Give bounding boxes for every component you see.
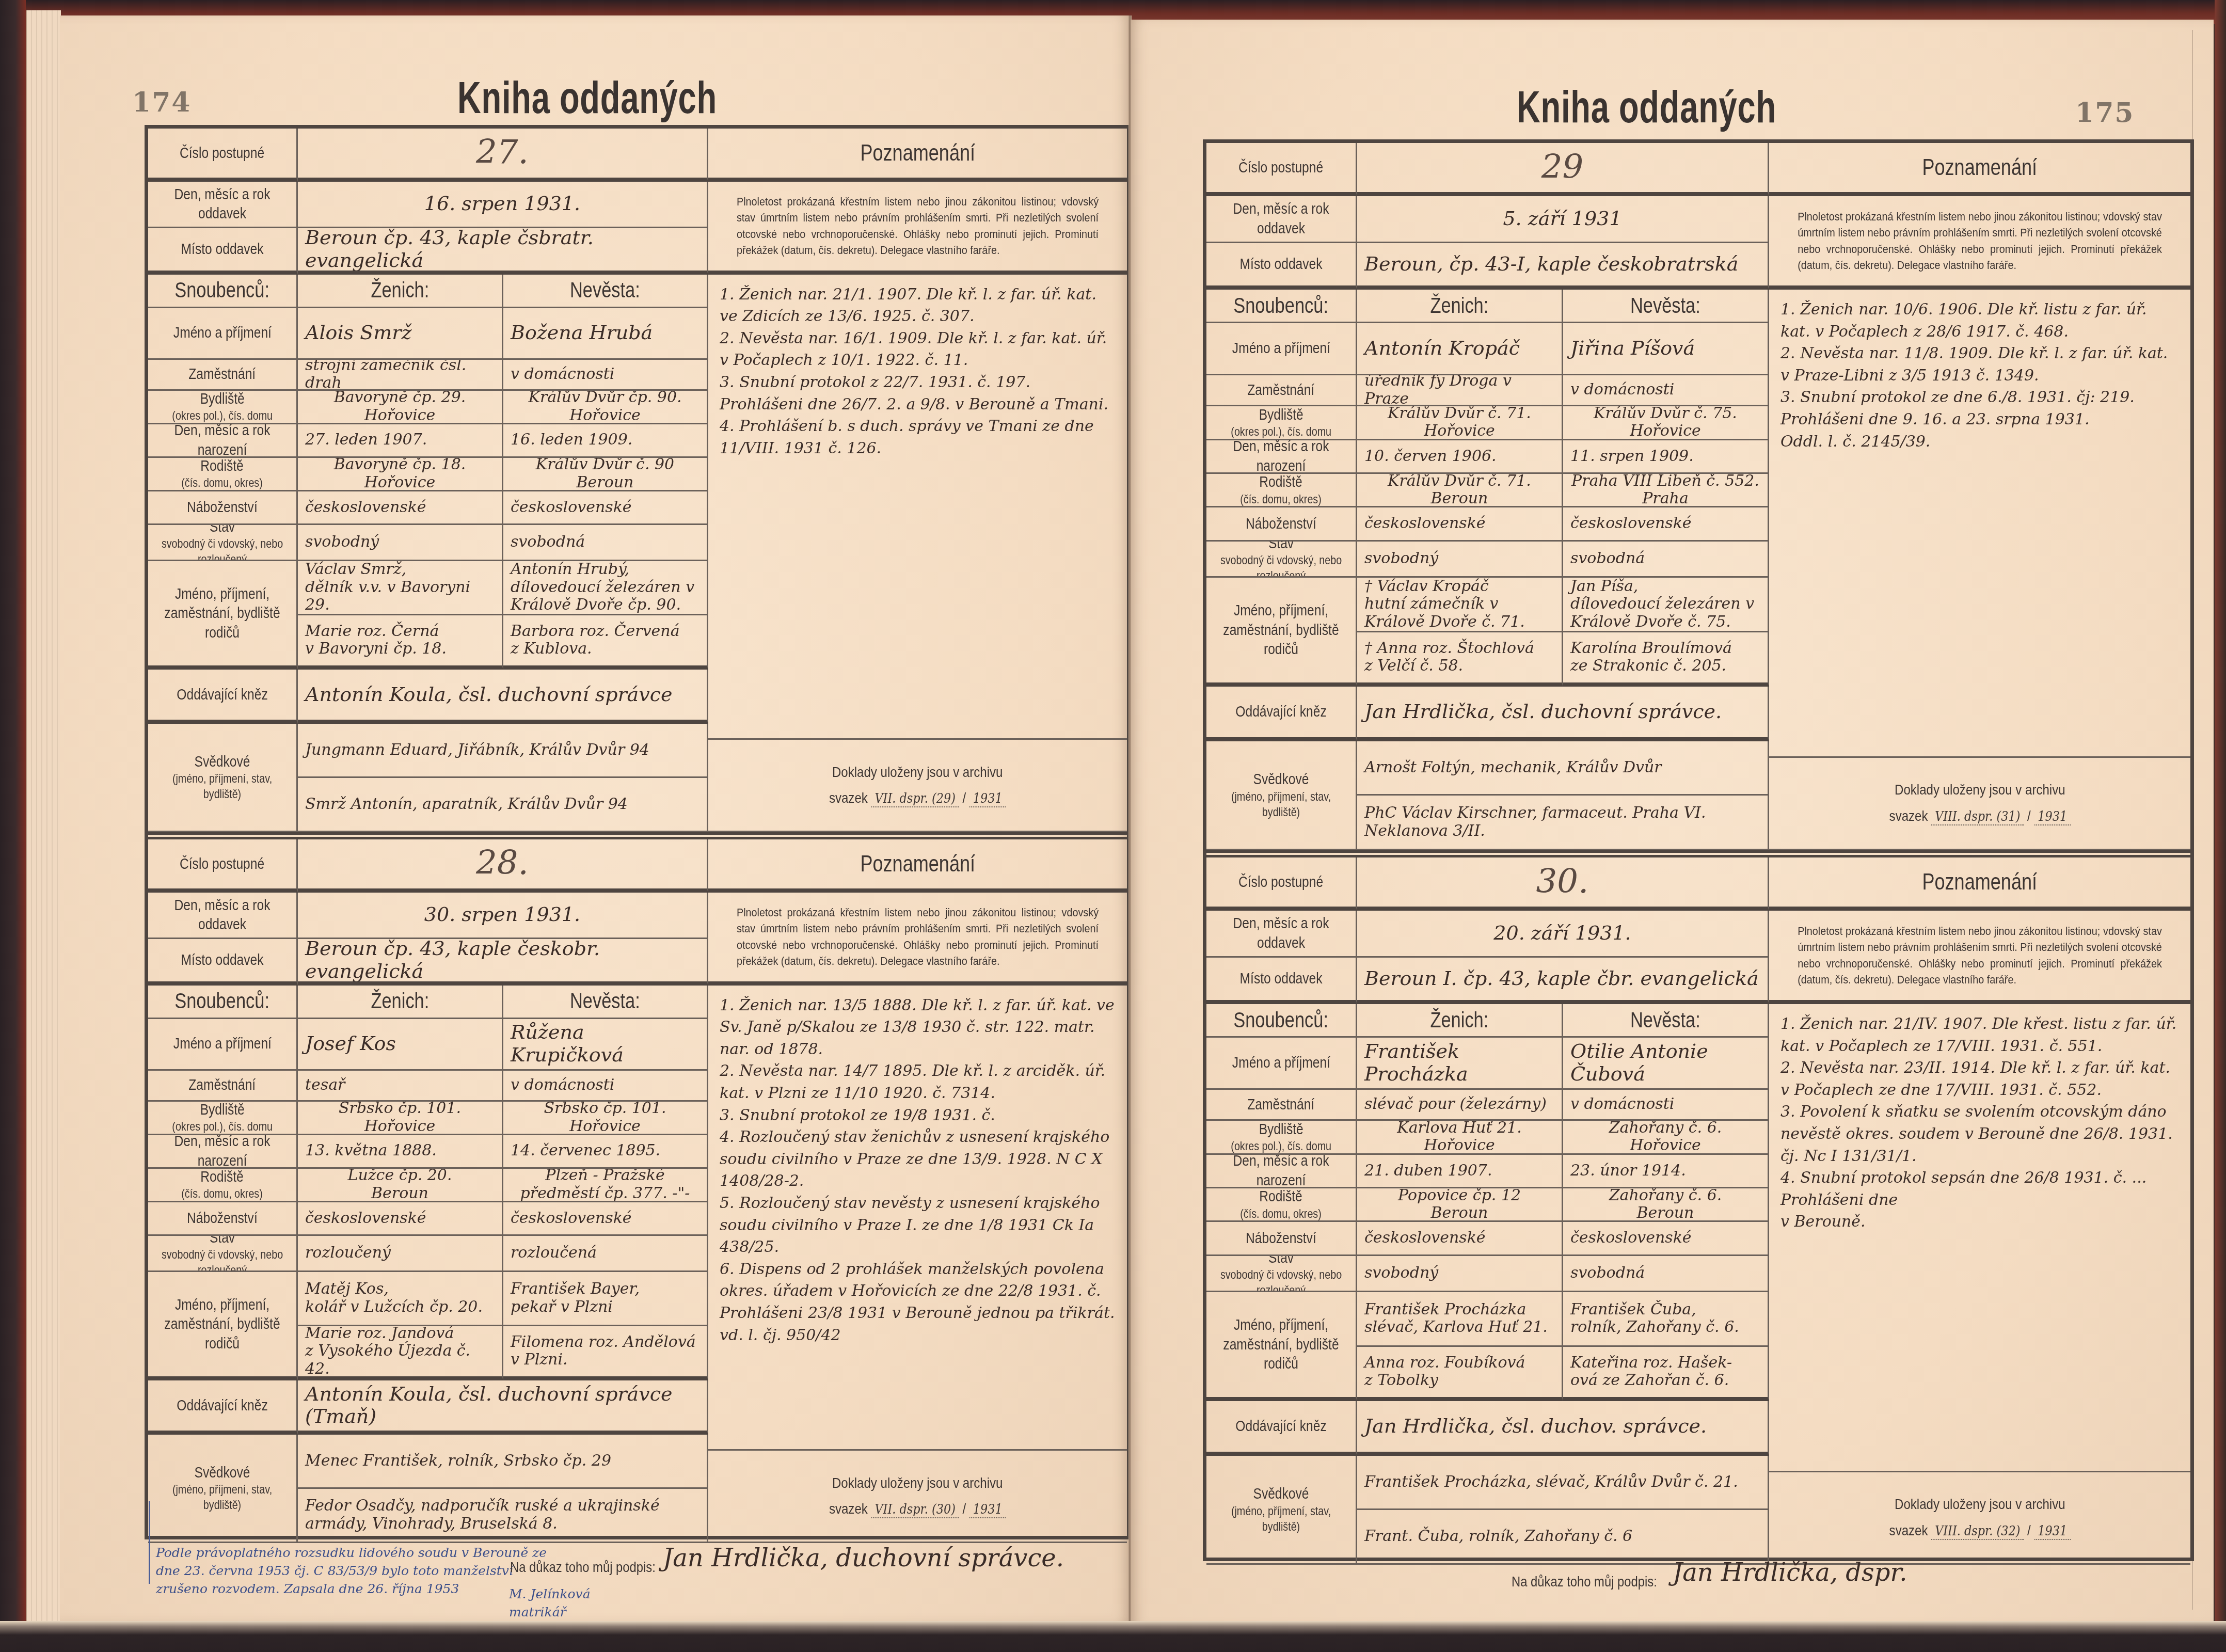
wedding-date: 20. září 1931.	[1357, 911, 1769, 957]
form-label: Bydliště	[1259, 406, 1303, 423]
label-witnesses: Svědkové(jméno, příjmení, stav, bydliště…	[1206, 1456, 1357, 1565]
groom-birthplace: Popovice čp. 12 Beroun	[1357, 1188, 1563, 1222]
form-label: Svědkové	[194, 753, 250, 770]
form-label: Den, měsíc a rok narození	[1220, 440, 1342, 474]
groom-heading: Ženich:	[298, 275, 503, 308]
remarks-instructions: Plnoletost prokázaná křestním listem neb…	[708, 893, 1127, 986]
bride-status: rozloučená	[503, 1236, 708, 1272]
label-religion: Náboženství	[148, 491, 298, 525]
groom-birth-date: 10. červen 1906.	[1357, 440, 1563, 474]
witness-1: Jungmann Eduard, Jiřábník, Králův Dvůr 9…	[298, 724, 708, 778]
remarks-instructions: Plnoletost prokázaná křestním listem neb…	[1769, 911, 2190, 1004]
label-birth-date: Den, měsíc a rok narození	[148, 424, 298, 458]
groom-religion-value: československé	[1357, 515, 1562, 533]
form-label: Poznamenání	[1922, 153, 2038, 182]
bride-father-value: Antonín Hrubý, dílovedoucí železáren v K…	[503, 561, 707, 614]
form-label: Doklady uloženy jsou v archivu	[832, 1475, 1003, 1491]
form-label: Poznamenání	[860, 139, 975, 167]
bride-occupation-value: v domácnosti	[503, 366, 707, 384]
label-witnesses: Svědkové(jméno, příjmení, stav, bydliště…	[1206, 741, 1357, 850]
archive_volume-value: VII. dspr. (30)	[871, 1502, 959, 1518]
form-label: svazek	[1889, 808, 1928, 824]
wedding-place: Beroun čp. 43, kaple čsbratr. evangelick…	[298, 228, 708, 275]
groom-occupation-value: úředník fy Droga v Praze	[1357, 375, 1562, 406]
form-label: Bydliště	[200, 391, 244, 407]
bride-religion-value: československé	[1563, 515, 1768, 533]
remarks-heading: Poznamenání	[1769, 857, 2190, 911]
serial-value: 29	[1357, 149, 1768, 187]
form-label: Číslo postupné	[180, 144, 264, 163]
form-label: Místo oddavek	[181, 950, 263, 970]
groom-religion: československé	[1357, 1222, 1563, 1256]
form-label: Nevěsta:	[1630, 292, 1700, 320]
form-label: Plnoletost prokázaná křestním listem neb…	[729, 904, 1106, 969]
bride-religion-value: československé	[503, 499, 707, 517]
form-label: Oddávající kněz	[1235, 1417, 1326, 1436]
bride-birth_date-value: 16. leden 1909.	[503, 431, 707, 449]
groom-birth-date: 13. května 1888.	[298, 1135, 503, 1169]
marriage-entry: Číslo postupné 30. Poznamenání Den, měsí…	[1206, 850, 2190, 1565]
remarks-body: 1. Ženich nar. 21/IV. 1907. Dle křest. l…	[1769, 1004, 2190, 1472]
groom-status-value: rozloučený	[298, 1244, 502, 1262]
label-parents: Jméno, příjmení, zaměstnání, bydliště ro…	[148, 561, 298, 670]
label-serial: Číslo postupné	[148, 839, 298, 893]
bride-birthplace: Praha VIII Libeň č. 552. Praha	[1563, 474, 1769, 507]
groom-birth-date: 21. duben 1907.	[1357, 1155, 1563, 1188]
bride-occupation: v domácnosti	[1563, 1090, 1769, 1121]
label-residence: Bydliště(okres pol.), čís. domu	[148, 1102, 298, 1135]
form-label: Náboženství	[1246, 514, 1316, 534]
bride-religion: československé	[1563, 1222, 1769, 1256]
groom-birthplace-value: Bavoryně čp. 18. Hořovice	[298, 458, 502, 491]
groom-religion: československé	[1357, 507, 1563, 541]
form-label: Jméno a příjmení	[1232, 339, 1330, 358]
serial-number: 28.	[298, 839, 708, 893]
bride-religion-value: československé	[503, 1210, 707, 1228]
groom-birthplace: Lužce čp. 20. Beroun	[298, 1169, 503, 1202]
label-religion: Náboženství	[1206, 507, 1357, 541]
label-wedding-date: Den, měsíc a rok oddavek	[148, 893, 298, 939]
witness-1: František Procházka, slévač, Králův Dvůr…	[1357, 1456, 1769, 1511]
form-label: Stav	[1268, 1256, 1294, 1266]
bride-residence: Srbsko čp. 101. Hořovice	[503, 1102, 708, 1135]
groom-name-value: Alois Smrž	[298, 322, 502, 344]
archive_year-value: 1931	[969, 791, 1006, 807]
label-betrothed: Snoubenců:	[148, 275, 298, 308]
form-label: Snoubenců:	[175, 277, 270, 304]
remarks-instructions: Plnoletost prokázaná křestním listem neb…	[1769, 196, 2190, 290]
groom-birthplace-value: Králův Dvůr č. 71. Beroun	[1357, 474, 1562, 507]
form-label: Náboženství	[187, 1209, 258, 1228]
bride-occupation: v domácnosti	[503, 1071, 708, 1102]
groom-father: Václav Smrž, dělník v.v. v Bavoryni 29.	[298, 561, 503, 615]
witnesses-1-value: Smrž Antonín, aparatník, Králův Dvůr 94	[298, 796, 707, 814]
witnesses-1-value: Frant. Čuba, rolník, Zahořany č. 6	[1357, 1528, 1768, 1546]
form-label: Rodiště	[1260, 474, 1302, 490]
bride-mother-value: Barbora roz. Červená z Kublova.	[503, 623, 707, 658]
bride-mother: Barbora roz. Červená z Kublova.	[503, 615, 708, 670]
bride-religion: československé	[503, 491, 708, 525]
bride-residence: Zahořany č. 6. Hořovice	[1563, 1121, 1769, 1154]
label-status: Stavsvobodný či vdovský, nebo rozloučený	[1206, 542, 1357, 578]
form-label: Snoubenců:	[1234, 292, 1329, 320]
label-birth-date: Den, měsíc a rok narození	[1206, 1155, 1357, 1188]
form-label: Doklady uloženy jsou v archivu	[832, 764, 1003, 780]
form-label: Plnoletost prokázaná křestním listem neb…	[729, 194, 1106, 258]
label-betrothed: Snoubenců:	[1206, 290, 1357, 323]
groom-religion: československé	[298, 491, 503, 525]
form-label: Číslo postupné	[1238, 872, 1323, 892]
groom-mother: Marie roz. Černá v Bavoryni čp. 18.	[298, 615, 503, 670]
groom-name: Alois Smrž	[298, 308, 503, 360]
groom-birthplace: Bavoryně čp. 18. Hořovice	[298, 458, 503, 491]
form-label: Zaměstnání	[189, 1075, 256, 1095]
groom-heading: Ženich:	[1357, 290, 1563, 323]
form-label: Jméno a příjmení	[173, 323, 271, 343]
groom-father: † Václav Kropáč hutní zámečník v Králově…	[1357, 578, 1563, 632]
label-serial: Číslo postupné	[1206, 143, 1357, 196]
bride-birth_date-value: 14. červenec 1895.	[503, 1142, 707, 1160]
officiant-value: Jan Hrdlička, čsl. duchovní správce.	[1357, 701, 1768, 723]
label-name: Jméno a příjmení	[1206, 1038, 1357, 1090]
label-witnesses: Svědkové(jméno, příjmení, stav, bydliště…	[148, 724, 298, 832]
form-label: Svědkové	[1253, 771, 1309, 788]
groom-name: Antonín Kropáč	[1357, 323, 1563, 375]
page-title: Kniha oddaných	[457, 71, 717, 124]
label-wedding-place: Místo oddavek	[1206, 243, 1357, 290]
groom-birth_date-value: 21. duben 1907.	[1357, 1162, 1562, 1180]
bride-father-value: Jan Píša, dílovedoucí železáren v Králov…	[1563, 578, 1768, 631]
groom-religion-value: československé	[298, 499, 502, 517]
signature-prompt-right: Na důkaz toho můj podpis:	[1512, 1574, 1657, 1590]
form-label: Jméno, příjmení, zaměstnání, bydliště ro…	[162, 1295, 283, 1354]
bride-occupation-value: v domácnosti	[503, 1076, 707, 1094]
groom-status: svobodný	[1357, 542, 1563, 578]
groom-occupation-value: slévač pour (železárny)	[1357, 1095, 1562, 1114]
bride-father-value: František Čuba, rolník, Zahořany č. 6.	[1563, 1301, 1768, 1337]
remarks-body: 1. Ženich nar. 21/1. 1907. Dle kř. l. z …	[708, 275, 1127, 740]
archive_volume-value: VII. dspr. (29)	[871, 791, 959, 807]
bride-name-value: Božena Hrubá	[503, 322, 707, 344]
groom-father-value: František Procházka slévač, Karlova Huť …	[1357, 1301, 1562, 1337]
form-label: Místo oddavek	[181, 240, 263, 259]
groom-mother-value: † Anna roz. Štochlová z Velčí č. 58.	[1357, 640, 1562, 675]
form-label: Rodiště	[201, 458, 244, 474]
label-status: Stavsvobodný či vdovský, nebo rozloučený	[1206, 1256, 1357, 1292]
label-occupation: Zaměstnání	[148, 1071, 298, 1102]
label-religion: Náboženství	[148, 1202, 298, 1236]
groom-occupation: strojní zámečník čsl. drah	[298, 360, 503, 391]
bride-occupation-value: v domácnosti	[1563, 1095, 1768, 1114]
form-label: Plnoletost prokázaná křestním listem neb…	[1790, 209, 2169, 273]
bride-birth_date-value: 23. únor 1914.	[1563, 1162, 1768, 1180]
bride-religion: československé	[503, 1202, 708, 1236]
bride-residence-value: Zahořany č. 6. Hořovice	[1563, 1121, 1768, 1154]
form-label: Jméno a příjmení	[1232, 1053, 1330, 1073]
form-label: Bydliště	[200, 1102, 244, 1118]
bride-occupation: v domácnosti	[1563, 375, 1769, 406]
witness-2: Frant. Čuba, rolník, Zahořany č. 6	[1357, 1510, 1769, 1565]
bride-residence-value: Králův Dvůr č. 75. Hořovice	[1563, 406, 1768, 440]
form-label: Ženich:	[1430, 292, 1489, 320]
groom-father-value: Václav Smrž, dělník v.v. v Bavoryni 29.	[298, 561, 502, 614]
label-wedding-date: Den, měsíc a rok oddavek	[1206, 196, 1357, 243]
form-label: Plnoletost prokázaná křestním listem neb…	[1790, 923, 2169, 988]
bride-father: František Čuba, rolník, Zahořany č. 6.	[1563, 1292, 1769, 1347]
form-label: Den, měsíc a rok narození	[1220, 1155, 1342, 1188]
serial-number: 29	[1357, 143, 1769, 196]
remarks-value: 1. Ženich nar. 21/IV. 1907. Dle křest. l…	[1769, 1004, 2190, 1243]
label-residence: Bydliště(okres pol.), čís. domu	[1206, 406, 1357, 440]
form-label: Nevěsta:	[1630, 1007, 1700, 1034]
serial-value: 28.	[298, 845, 707, 883]
label-birthplace: Rodiště(čís. domu, okres)	[148, 1169, 298, 1202]
form-label: Náboženství	[187, 498, 258, 517]
groom-residence: Srbsko čp. 101. Hořovice	[298, 1102, 503, 1135]
form-label: Jméno, příjmení, zaměstnání, bydliště ro…	[162, 584, 283, 643]
bride-birth-date: 14. červenec 1895.	[503, 1135, 708, 1169]
groom-occupation: slévač pour (železárny)	[1357, 1090, 1563, 1121]
bride-occupation-value: v domácnosti	[1563, 381, 1768, 399]
groom-mother-value: Marie roz. Jandová z Vysokého Újezda č. …	[298, 1326, 502, 1378]
bride-heading: Nevěsta:	[1563, 1004, 1769, 1038]
groom-occupation: úředník fy Droga v Praze	[1357, 375, 1563, 406]
groom-occupation-value: strojní zámečník čsl. drah	[298, 360, 502, 391]
groom-residence: Králův Dvůr č. 71. Hořovice	[1357, 406, 1563, 440]
wedding-place: Beroun I. čp. 43, kaple čbr. evangelická	[1357, 958, 1769, 1004]
groom-name-value: Antonín Kropáč	[1357, 337, 1562, 360]
form-label: Oddávající kněz	[177, 1396, 267, 1416]
archive_volume-value: VIII. dspr. (32)	[1931, 1523, 2024, 1540]
officiant-value: Antonín Koula, čsl. duchovní správce (Tm…	[298, 1383, 707, 1428]
bride-residence: Králův Dvůr čp. 90. Hořovice	[503, 391, 708, 424]
groom-heading: Ženich:	[1357, 1004, 1563, 1038]
groom-residence-value: Králův Dvůr č. 71. Hořovice	[1357, 406, 1562, 440]
witnesses-1-value: PhC Václav Kirschner, farmaceut. Praha V…	[1357, 804, 1768, 840]
groom-status-value: svobodný	[1357, 550, 1562, 568]
groom-mother: Anna roz. Foubíková z Tobolky	[1357, 1347, 1563, 1402]
bride-residence-value: Srbsko čp. 101. Hořovice	[503, 1102, 707, 1135]
groom-residence-value: Bavoryně čp. 29. Hořovice	[298, 391, 502, 424]
label-residence: Bydliště(okres pol.), čís. domu	[1206, 1121, 1357, 1154]
form-label: Den, měsíc a rok oddavek	[1220, 914, 1342, 952]
officiant: Antonín Koula, čsl. duchovní správce	[298, 670, 708, 724]
form-label: Den, měsíc a rok narození	[162, 1135, 283, 1169]
wedding-place: Beroun, čp. 43-I, kaple českobratrská	[1357, 243, 1769, 290]
form-label: Doklady uloženy jsou v archivu	[1895, 1496, 2065, 1512]
form-label: Poznamenání	[1922, 868, 2038, 896]
form-label: Poznamenání	[860, 850, 975, 878]
witness-2: Smrž Antonín, aparatník, Králův Dvůr 94	[298, 778, 708, 832]
book-binding-bottom	[0, 1621, 2226, 1652]
marriage-entry: Číslo postupné 27. Poznamenání Den, měsí…	[148, 129, 1127, 832]
marriage-entry: Číslo postupné 29 Poznamenání Den, měsíc…	[1206, 143, 2190, 850]
form-label: Jméno, příjmení, zaměstnání, bydliště ro…	[1220, 601, 1342, 659]
bride-mother: Karolína Broulímová ze Strakonic č. 205.	[1563, 632, 1769, 687]
serial-number: 30.	[1357, 857, 1769, 911]
witness-2: PhC Václav Kirschner, farmaceut. Praha V…	[1357, 796, 1769, 850]
groom-status: svobodný	[1357, 1256, 1563, 1292]
label-wedding-place: Místo oddavek	[1206, 958, 1357, 1004]
bride-occupation: v domácnosti	[503, 360, 708, 391]
form-label: Číslo postupné	[180, 854, 264, 874]
label-witnesses: Svědkové(jméno, příjmení, stav, bydliště…	[148, 1435, 298, 1543]
bride-mother-value: Kateřina roz. Hašek- ová ze Zahořan č. 6…	[1563, 1354, 1768, 1390]
bride-father: Jan Píša, dílovedoucí železáren v Králov…	[1563, 578, 1769, 632]
form-label: Den, měsíc a rok narození	[162, 424, 283, 458]
form-label: Ženich:	[371, 988, 429, 1015]
witness-2: Fedor Osadčy, nadporučík ruské a ukrajin…	[298, 1489, 708, 1543]
label-parents: Jméno, příjmení, zaměstnání, bydliště ro…	[1206, 1292, 1357, 1401]
groom-father-value: Matěj Kos, kolář v Lužcích čp. 20.	[298, 1280, 502, 1316]
page-edges	[26, 10, 61, 1626]
label-officiant: Oddávající kněz	[148, 670, 298, 724]
bride-name: Růžena Krupičková	[503, 1019, 708, 1071]
remarks-heading: Poznamenání	[708, 839, 1127, 893]
label-betrothed: Snoubenců:	[1206, 1004, 1357, 1038]
label-wedding-date: Den, měsíc a rok oddavek	[1206, 911, 1357, 957]
place-value: Beroun čp. 43, kaple čsbratr. evangelick…	[298, 228, 707, 272]
bride-birthplace: Plzeň - Pražské předměstí čp. 377. -"-	[503, 1169, 708, 1202]
bride-status: svobodná	[1563, 1256, 1769, 1292]
bride-status-value: svobodná	[503, 533, 707, 551]
groom-occupation-value: tesař	[298, 1076, 502, 1094]
officiant-value: Antonín Koula, čsl. duchovní správce	[298, 684, 707, 706]
form-label: Den, měsíc a rok oddavek	[162, 185, 283, 224]
groom-mother-value: Anna roz. Foubíková z Tobolky	[1357, 1354, 1562, 1390]
label-serial: Číslo postupné	[1206, 857, 1357, 911]
bride-father-value: František Bayer, pekař v Plzni	[503, 1280, 707, 1316]
witness-1: Arnošt Foltýn, mechanik, Králův Dvůr	[1357, 741, 1769, 796]
bride-status: svobodná	[503, 525, 708, 561]
bride-birthplace: Králův Dvůr č. 90 Beroun	[503, 458, 708, 491]
bride-father: František Bayer, pekař v Plzni	[503, 1272, 708, 1326]
form-label: Oddávající kněz	[1235, 702, 1326, 722]
archive-reference: Doklady uloženy jsou v archivu svazek VI…	[708, 740, 1127, 832]
groom-residence-value: Srbsko čp. 101. Hořovice	[298, 1102, 502, 1135]
label-name: Jméno a příjmení	[148, 308, 298, 360]
form-label: Stav	[210, 1236, 235, 1246]
bride-name: Jiřina Píšová	[1563, 323, 1769, 375]
place-value: Beroun čp. 43, kaple českobr. evangelick…	[298, 939, 707, 983]
groom-residence-value: Karlova Huť 21. Hořovice	[1357, 1121, 1562, 1154]
bride-birth-date: 11. srpen 1909.	[1563, 440, 1769, 474]
bride-birthplace-value: Králův Dvůr č. 90 Beroun	[503, 458, 707, 491]
page-number-left: 174	[132, 87, 192, 118]
archive-reference: Doklady uloženy jsou v archivu svazek VI…	[708, 1451, 1127, 1543]
remarks-body: 1. Ženich nar. 13/5 1888. Dle kř. l. z f…	[708, 986, 1127, 1451]
form-label: Nevěsta:	[570, 277, 640, 304]
bride-status-value: svobodná	[1563, 1264, 1768, 1282]
groom-status: svobodný	[298, 525, 503, 561]
signature-prompt-left: Na důkaz toho můj podpis:	[510, 1559, 656, 1576]
page-title: Kniha oddaných	[1517, 81, 1776, 133]
witnesses-0-value: František Procházka, slévač, Králův Dvůr…	[1357, 1473, 1768, 1491]
groom-religion-value: československé	[298, 1210, 502, 1228]
form-label: Zaměstnání	[1248, 380, 1315, 400]
label-status: Stavsvobodný či vdovský, nebo rozloučený	[148, 525, 298, 561]
groom-birthplace-value: Popovice čp. 12 Beroun	[1357, 1188, 1562, 1222]
label-residence: Bydliště(okres pol.), čís. domu	[148, 391, 298, 424]
groom-religion: československé	[298, 1202, 503, 1236]
officiant-value: Jan Hrdlička, čsl. duchov. správce.	[1357, 1415, 1768, 1438]
annotation-signer: M. Jelínková matrikář	[509, 1585, 643, 1621]
bride-father: Antonín Hrubý, dílovedoucí železáren v K…	[503, 561, 708, 615]
remarks-value: 1. Ženich nar. 10/6. 1906. Dle kř. listu…	[1769, 290, 2190, 462]
serial-number: 27.	[298, 129, 708, 182]
place-value: Beroun, čp. 43-I, kaple českobratrská	[1357, 253, 1768, 276]
groom-status-value: svobodný	[1357, 1264, 1562, 1282]
archive_year-value: 1931	[2034, 809, 2071, 825]
witness-1: Menec František, rolník, Srbsko čp. 29	[298, 1435, 708, 1489]
left-page: 174 Kniha oddaných Číslo postupné 27. Po…	[60, 15, 1130, 1622]
book-binding-left	[0, 0, 26, 1652]
witnesses-0-value: Jungmann Eduard, Jiřábník, Králův Dvůr 9…	[298, 741, 707, 759]
label-officiant: Oddávající kněz	[1206, 1401, 1357, 1456]
form-label: svazek	[829, 790, 868, 806]
groom-father: Matěj Kos, kolář v Lužcích čp. 20.	[298, 1272, 503, 1326]
bride-mother-value: Filomena roz. Andělová v Plzni.	[503, 1333, 707, 1369]
priest-signature-right: Jan Hrdlička, dspr.	[1673, 1558, 1907, 1587]
wedding-date: 5. září 1931	[1357, 196, 1769, 243]
groom-father-value: † Václav Kropáč hutní zámečník v Králově…	[1357, 578, 1562, 631]
remarks-heading: Poznamenání	[1769, 143, 2190, 196]
label-betrothed: Snoubenců:	[148, 986, 298, 1019]
form-label: Stav	[210, 525, 235, 535]
form-label: Náboženství	[1246, 1229, 1316, 1248]
label-status: Stavsvobodný či vdovský, nebo rozloučený	[148, 1236, 298, 1272]
remarks-body: 1. Ženich nar. 10/6. 1906. Dle kř. listu…	[1769, 290, 2190, 757]
label-wedding-place: Místo oddavek	[148, 228, 298, 275]
form-label: Bydliště	[1259, 1121, 1303, 1137]
label-occupation: Zaměstnání	[1206, 375, 1357, 406]
witnesses-1-value: Fedor Osadčy, nadporučík ruské a ukrajin…	[298, 1497, 707, 1533]
page-number-right: 175	[2075, 97, 2135, 129]
bride-status-value: svobodná	[1563, 550, 1768, 568]
groom-name-value: Josef Kos	[298, 1032, 502, 1055]
groom-mother-value: Marie roz. Černá v Bavoryni čp. 18.	[298, 623, 502, 658]
bride-name: Otilie Antonie Čubová	[1563, 1038, 1769, 1090]
remarks-heading: Poznamenání	[708, 129, 1127, 182]
date-value: 16. srpen 1931.	[298, 193, 707, 215]
form-label: Nevěsta:	[570, 988, 640, 1015]
label-officiant: Oddávající kněz	[148, 1380, 298, 1435]
archive_volume-value: VIII. dspr. (31)	[1931, 809, 2024, 825]
bride-mother-value: Karolína Broulímová ze Strakonic č. 205.	[1563, 640, 1768, 675]
bride-heading: Nevěsta:	[503, 275, 708, 308]
form-label: Den, měsíc a rok oddavek	[1220, 199, 1342, 238]
groom-status-value: svobodný	[298, 533, 502, 551]
bride-heading: Nevěsta:	[1563, 290, 1769, 323]
label-religion: Náboženství	[1206, 1222, 1357, 1256]
bride-mother: Filomena roz. Andělová v Plzni.	[503, 1326, 708, 1380]
archive_year-value: 1931	[969, 1502, 1006, 1518]
groom-status: rozloučený	[298, 1236, 503, 1272]
form-label: Rodiště	[1260, 1188, 1302, 1205]
form-label: Zaměstnání	[189, 364, 256, 384]
wedding-place: Beroun čp. 43, kaple českobr. evangelick…	[298, 939, 708, 986]
form-label: Ženich:	[1430, 1007, 1489, 1034]
groom-name-value: František Procházka	[1357, 1040, 1562, 1085]
form-label: Zaměstnání	[1248, 1095, 1315, 1115]
label-occupation: Zaměstnání	[1206, 1090, 1357, 1121]
form-label: svazek	[829, 1501, 868, 1517]
serial-value: 30.	[1357, 863, 1768, 901]
label-wedding-date: Den, měsíc a rok oddavek	[148, 182, 298, 228]
right-page: Kniha oddaných 175 Číslo postupné 29 Poz…	[1131, 20, 2214, 1626]
groom-name: Josef Kos	[298, 1019, 503, 1071]
date-value: 20. září 1931.	[1357, 922, 1768, 945]
